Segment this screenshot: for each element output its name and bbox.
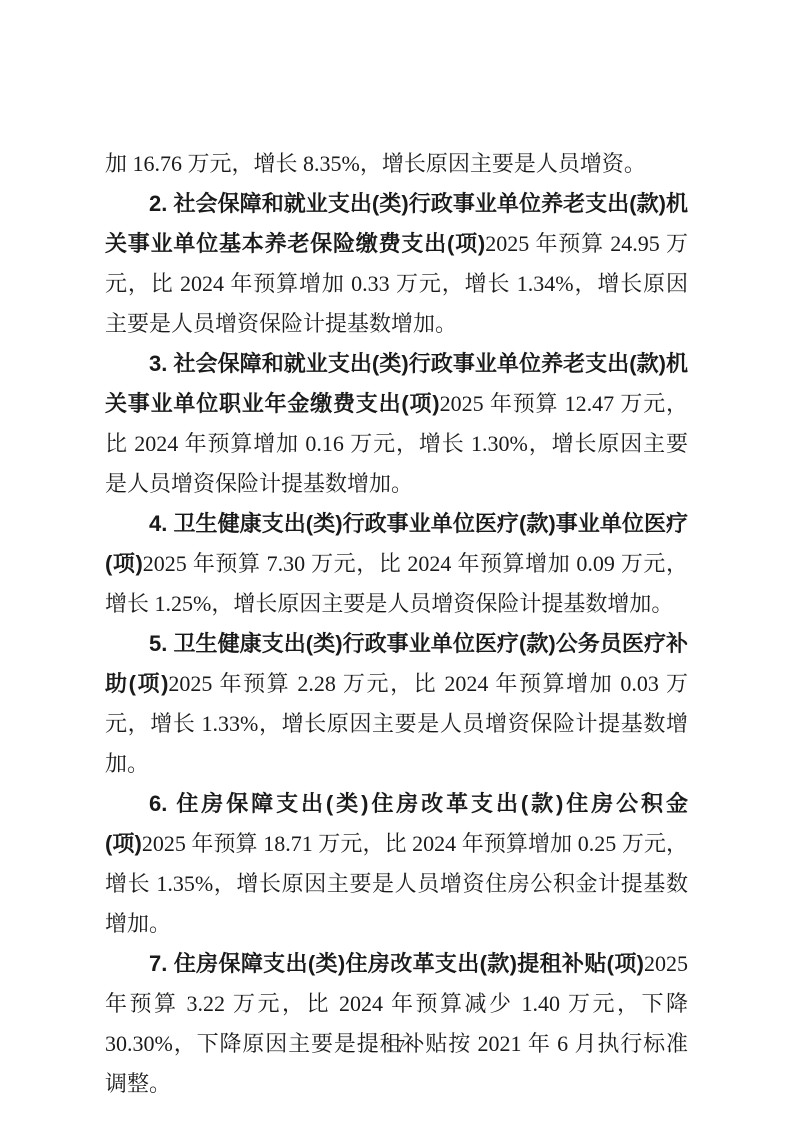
paragraph-item-5: 5. 卫生健康支出(类)行政事业单位医疗(款)公务员医疗补助(项)2025 年预…: [105, 624, 688, 784]
paragraph-text: 2025 年预算 7.30 万元，比 2024 年预算增加 0.09 万元，增长…: [105, 551, 688, 616]
paragraph-text: 2025 年预算 2.28 万元，比 2024 年预算增加 0.03 万元，增长…: [105, 671, 688, 776]
document-body: 加 16.76 万元，增长 8.35%，增长原因主要是人员增资。 2. 社会保障…: [105, 144, 688, 1104]
page-number: - 17 -: [0, 1034, 793, 1058]
paragraph-text: 2025 年预算 18.71 万元，比 2024 年预算增加 0.25 万元，增…: [105, 831, 688, 936]
paragraph-item-6: 6. 住房保障支出(类)住房改革支出(款)住房公积金(项)2025 年预算 18…: [105, 784, 688, 944]
paragraph-continuation: 加 16.76 万元，增长 8.35%，增长原因主要是人员增资。: [105, 144, 688, 184]
paragraph-item-7: 7. 住房保障支出(类)住房改革支出(款)提租补贴(项)2025 年预算 3.2…: [105, 944, 688, 1104]
document-page: 加 16.76 万元，增长 8.35%，增长原因主要是人员增资。 2. 社会保障…: [0, 0, 793, 1122]
expense-item-title: 7. 住房保障支出(类)住房改革支出(款)提租补贴(项): [149, 951, 644, 976]
paragraph-item-2: 2. 社会保障和就业支出(类)行政事业单位养老支出(款)机关事业单位基本养老保险…: [105, 184, 688, 344]
paragraph-text: 加 16.76 万元，增长 8.35%，增长原因主要是人员增资。: [105, 151, 646, 176]
paragraph-item-3: 3. 社会保障和就业支出(类)行政事业单位养老支出(款)机关事业单位职业年金缴费…: [105, 344, 688, 504]
paragraph-item-4: 4. 卫生健康支出(类)行政事业单位医疗(款)事业单位医疗(项)2025 年预算…: [105, 504, 688, 624]
